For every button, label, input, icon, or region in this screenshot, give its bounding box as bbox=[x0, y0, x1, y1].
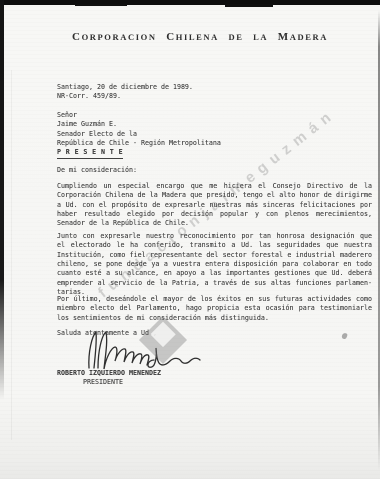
text-line: a Ud. con el propósito de expresarle nue… bbox=[57, 201, 372, 210]
signer-title: PRESIDENTE bbox=[83, 378, 123, 387]
text-line: el electorado le ha conferido, transmito… bbox=[57, 241, 372, 250]
letterhead-word: LA bbox=[253, 32, 268, 42]
text-line: Por último, deseándole el mayor de los é… bbox=[57, 295, 372, 304]
salutation-line: De mi consideración: bbox=[57, 166, 372, 175]
reference-number-line: NR-Corr. 459/89. bbox=[57, 92, 372, 101]
letterhead-word: MADERA bbox=[278, 27, 328, 44]
recipient-block: SeñorJaime Guzmán E.Senador Electo de la… bbox=[57, 111, 372, 159]
presente-label: P R E S E N T E bbox=[57, 148, 123, 159]
text-line: los sentimientos de mi consideración más… bbox=[57, 314, 372, 323]
scan-edge-top bbox=[0, 0, 380, 5]
body-paragraph-1: Cumpliendo un especial encargo que me hi… bbox=[57, 182, 372, 229]
text-line: Señor bbox=[57, 111, 372, 120]
text-line: Corporación Chilena de la Madera que pre… bbox=[57, 191, 372, 200]
text-line: chileno, se pone desde ya a vuestra ente… bbox=[57, 260, 372, 269]
place-date-line: Santiago, 20 de diciembre de 1989. bbox=[57, 83, 372, 92]
letterhead-word: CORPORACION bbox=[72, 27, 157, 44]
body-paragraph-2: Junto con expresarle nuestro reconocimie… bbox=[57, 232, 372, 297]
text-line: Cumpliendo un especial encargo que me hi… bbox=[57, 182, 372, 191]
paper-fold-line bbox=[11, 70, 12, 440]
text-line: Senador Electo de la bbox=[57, 130, 372, 139]
letterhead-org-name: CORPORACION CHILENA DE LA MADERA bbox=[20, 27, 380, 45]
text-line: República de Chile - Región Metropolitan… bbox=[57, 139, 372, 148]
text-line: cuanto esté a su alcance, en apoyo a las… bbox=[57, 269, 372, 278]
text-line: Junto con expresarle nuestro reconocimie… bbox=[57, 232, 372, 241]
scan-edge-top-bump bbox=[75, 4, 127, 6]
text-line: Jaime Guzmán E. bbox=[57, 120, 372, 129]
scanned-letter-page: CORPORACION CHILENA DE LA MADERA Santiag… bbox=[0, 0, 380, 479]
text-line: Institución, como fiel representante del… bbox=[57, 251, 372, 260]
scan-edge-left bbox=[0, 0, 4, 400]
signer-name: ROBERTO IZQUIERDO MENENDEZ bbox=[57, 369, 372, 378]
letterhead-word: DE bbox=[229, 32, 244, 42]
text-line: miembro electo del Parlamento, hago prop… bbox=[57, 304, 372, 313]
date-reference-block: Santiago, 20 de diciembre de 1989. NR-Co… bbox=[57, 83, 372, 102]
handwritten-signature bbox=[84, 330, 204, 370]
text-line: Senador de la República de Chile. bbox=[57, 219, 372, 228]
text-line: haber resultado elegido por decisión pop… bbox=[57, 210, 372, 219]
scan-edge-top-bump bbox=[225, 4, 273, 7]
text-line: emprender al servicio de la Patria, a tr… bbox=[57, 279, 372, 288]
body-paragraph-3: Por último, deseándole el mayor de los é… bbox=[57, 295, 372, 323]
recipient-lines: SeñorJaime Guzmán E.Senador Electo de la… bbox=[57, 111, 372, 148]
letterhead-word: CHILENA bbox=[166, 27, 219, 44]
